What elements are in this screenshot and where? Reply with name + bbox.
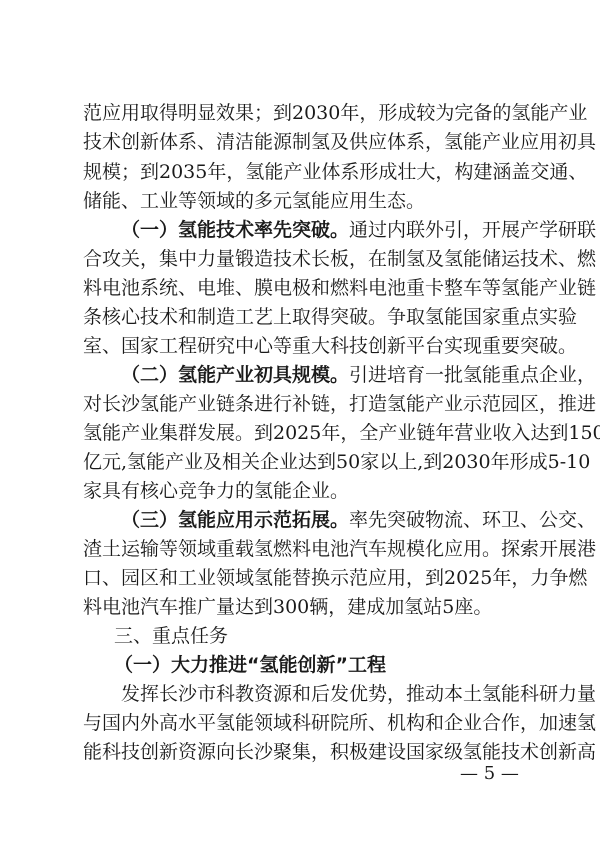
body-text-line: 料电池系统、电堆、膜电极和燃料电池重卡整车等氢能产业链 bbox=[83, 274, 521, 303]
body-text-line: 范应用取得明显效果；到2030年，形成较为完备的氢能产业 bbox=[83, 99, 521, 128]
goal-3-title: （三）氢能应用示范拓展。 bbox=[121, 509, 349, 531]
body-text-line: 发挥长沙市科教资源和后发优势，推动本土氢能科研力量 bbox=[121, 680, 521, 709]
body-text-line: 条核心技术和制造工艺上取得突破。争取氢能国家重点实验 bbox=[83, 303, 521, 332]
body-text-line: 渣土运输等领域重载氢燃料电池汽车规模化应用。探索开展港 bbox=[83, 535, 521, 564]
body-text-line: 合攻关，集中力量锻造技术长板，在制氢及氢能储运技术、燃 bbox=[83, 245, 521, 274]
goal-1-title: （一）氢能技术率先突破。 bbox=[121, 219, 349, 241]
body-text-line: 对长沙氢能产业链条进行补链，打造氢能产业示范园区，推进 bbox=[83, 390, 521, 419]
page-number: — 5 — bbox=[460, 762, 519, 786]
body-text-line: 氢能产业集群发展。到2025年，全产业链年营业收入达到150 bbox=[83, 419, 521, 448]
subsection-heading: （一）大力推进“氢能创新”工程 bbox=[114, 651, 514, 680]
body-text-line: 料电池汽车推广量达到300辆，建成加氢站5座。 bbox=[83, 593, 521, 622]
section-heading: 三、重点任务 bbox=[114, 622, 514, 651]
body-text-line: 家具有核心竞争力的氢能企业。 bbox=[83, 477, 521, 506]
goal-2-first-line: （二）氢能产业初具规模。引进培育一批氢能重点企业， bbox=[121, 361, 521, 390]
goal-3-first-line: （三）氢能应用示范拓展。率先突破物流、环卫、公交、 bbox=[121, 506, 521, 535]
body-text-line: 室、国家工程研究中心等重大科技创新平台实现重要突破。 bbox=[83, 332, 521, 361]
body-text-line: 能科技创新资源向长沙聚集，积极建设国家级氢能技术创新高 bbox=[83, 738, 521, 767]
body-text-line: 规模；到2035年，氢能产业体系形成壮大，构建涵盖交通、 bbox=[83, 158, 521, 187]
body-text-line: 储能、工业等领域的多元氢能应用生态。 bbox=[83, 187, 521, 216]
goal-3-first-line-text: 率先突破物流、环卫、公交、 bbox=[349, 509, 596, 531]
document-page: 范应用取得明显效果；到2030年，形成较为完备的氢能产业 技术创新体系、清洁能源… bbox=[0, 0, 600, 848]
goal-2-title: （二）氢能产业初具规模。 bbox=[121, 364, 349, 386]
body-text-line: 与国内外高水平氢能领域科研院所、机构和企业合作，加速氢 bbox=[83, 709, 521, 738]
body-text-line: 亿元,氢能产业及相关企业达到50家以上,到2030年形成5-10 bbox=[83, 448, 521, 477]
goal-1-first-line: （一）氢能技术率先突破。通过内联外引，开展产学研联 bbox=[121, 216, 521, 245]
body-text-line: 技术创新体系、清洁能源制氢及供应体系，氢能产业应用初具 bbox=[83, 128, 521, 157]
goal-1-first-line-text: 通过内联外引，开展产学研联 bbox=[349, 219, 596, 241]
goal-2-first-line-text: 引进培育一批氢能重点企业， bbox=[349, 364, 596, 386]
body-text-line: 口、园区和工业领域氢能替换示范应用，到2025年，力争燃 bbox=[83, 564, 521, 593]
